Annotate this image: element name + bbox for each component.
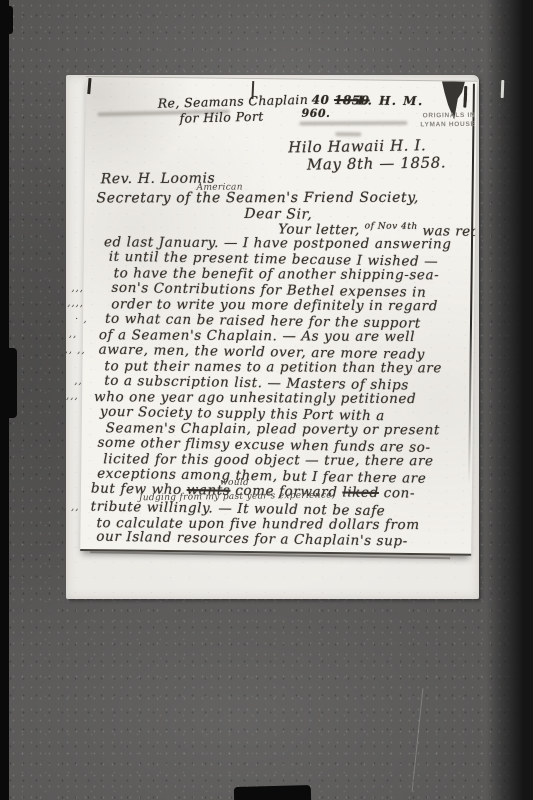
film-edge-right [486, 0, 533, 800]
margin-mark: ‚‚ ‚‚ [65, 345, 86, 356]
line18-pre: tribute willingly. — [91, 499, 238, 517]
line17-struck2: liked [342, 484, 379, 501]
recipient-title-post: Seamen's Friend Society, [226, 190, 419, 206]
archival-note-line1: Re, Seamans Chaplain [158, 92, 309, 111]
margin-mark: ‚‚‚ [66, 391, 79, 402]
corner-crease-mark [87, 78, 91, 94]
opening-insert: of Nov 4th [365, 221, 418, 232]
recipient-title: Secretary of the Seamen's Friend Society… [97, 190, 419, 207]
dateline-date: May 8th — 1858. [307, 153, 447, 173]
margin-mark: ‚‚ [69, 329, 77, 340]
film-tab-bottom [234, 785, 311, 800]
margin-mark: ‚‚‚ [71, 283, 84, 294]
archive-number-below: 960. [301, 107, 330, 120]
letter-page: Re, Seamans Chaplain for Hilo Port 40 18… [80, 76, 477, 556]
recipient-title-pre: Secretary of the [97, 190, 226, 206]
archivist-initials: L. H. M. [358, 93, 424, 108]
margin-mark: ‚ ‚‚ [63, 502, 80, 513]
archival-note-line2: for Hilo Port [179, 109, 263, 126]
margin-mark: · ‚ [75, 314, 88, 325]
stamp-line2: LYMAN HOUSE [391, 120, 475, 129]
margin-mark: ‚‚‚‚ [67, 298, 84, 309]
page-number-one [464, 86, 468, 102]
repository-stamp: ORIGINALS IN LYMAN HOUSE [391, 112, 475, 130]
stamp-line1: ORIGINALS IN [391, 112, 475, 121]
film-edge-left-tab [0, 348, 17, 418]
line17-post: con- [379, 485, 415, 502]
film-edge-left-notch [0, 6, 13, 34]
archive-number-plain: 40 [312, 93, 335, 107]
margin-mark: ‚‚ [74, 376, 82, 387]
microfilm-scan: Re, Seamans Chaplain for Hilo Port 40 18… [0, 0, 533, 800]
ink-smudge [335, 132, 361, 136]
